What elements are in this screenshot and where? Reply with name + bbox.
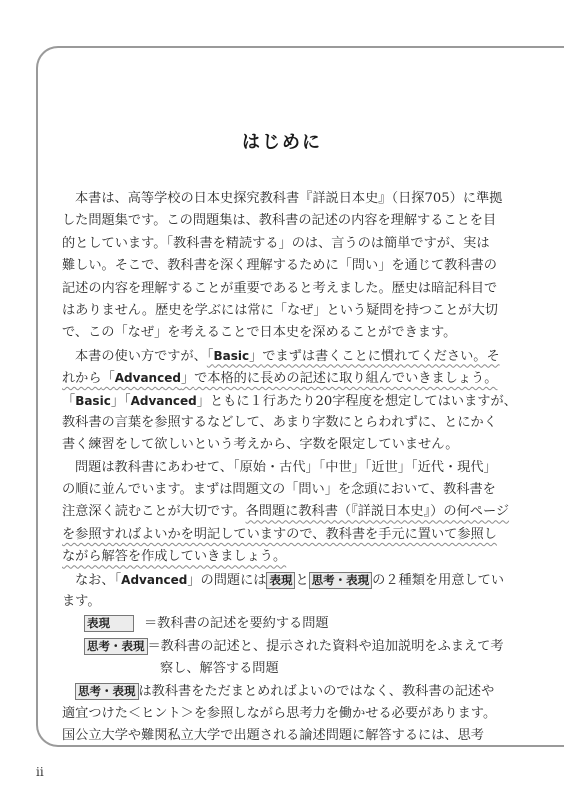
p3-line-4: を参照すればよいかを明記していますので、教科書を手元に置いて参照し: [62, 524, 512, 546]
page-number: ii: [36, 765, 44, 779]
p2-line-4: 教科書の言葉を参照するなどして、あまり字数にとらわれずに、とにかく: [62, 412, 512, 434]
p1-line-5: 記述の内容を理解することが重要であると考えました。歴史は暗記科目で: [62, 278, 512, 300]
p3-l4-emphasis: を参照すればよいかを明記していますので、教科書を手元に置いて参照し: [62, 527, 497, 542]
bracket-close: 」: [181, 371, 194, 386]
p3-l3-emphasis: 各問題に教科書（『詳説日本史』）の何ページ: [246, 504, 509, 519]
advanced-keyword: Advanced: [115, 371, 181, 385]
advanced-keyword: Advanced: [131, 394, 197, 408]
p4-line-2: ます。: [62, 591, 512, 613]
p1-line-2: した問題集です。この問題集は、教科書の記述の内容を理解することを目: [62, 210, 512, 232]
p5-line-3: 国公立大学や難関私立大学で出題される論述問題に解答するには、思考: [62, 725, 512, 747]
p1-line-1: 本書は、高等学校の日本史探究教科書『詳説日本史』（日探705）に準拠: [62, 188, 512, 210]
bracket-close: 」: [187, 573, 200, 588]
definition-shiko-hyogen: 思考・表現＝教科書の記述と、提示された資料や追加説明をふまえて考: [62, 636, 512, 658]
definition-text: ＝教科書の記述を要約する問題: [144, 616, 329, 631]
p5-l1-post: は教科書をただまとめればよいのではなく、教科書の記述や: [139, 684, 495, 699]
p3-line-3: 注意深く読むことが大切です。各問題に教科書（『詳説日本史』）の何ページ: [62, 501, 512, 523]
p3-l3-pre: 注意深く読むことが大切です。: [62, 504, 246, 519]
basic-keyword: Basic: [75, 394, 111, 408]
basic-keyword: Basic: [213, 349, 249, 363]
p2-line-2: れから「Advanced」で本格的に長めの記述に取り組んでいきましょう。: [62, 367, 512, 389]
p5-line-1: 思考・表現は教科書をただまとめればよいのではなく、教科書の記述や: [62, 681, 512, 703]
p2-l3-post: ともに１行あたり20字程度を想定してはいますが、: [210, 394, 517, 409]
p2-l2-post: で本格的に長めの記述に取り組んでいきましょう。: [194, 371, 497, 386]
p1-line-3: 的としています。「教科書を精読する」のは、言うのは簡単ですが、実は: [62, 233, 512, 255]
p2-l1-pre: 本書の使い方ですが、: [75, 349, 207, 364]
p1-line-6: はありません。歴史を学ぶには常に「なぜ」という疑問を持つことが大切: [62, 300, 512, 322]
p2-l2-pre: れから: [62, 371, 102, 386]
advanced-keyword: Advanced: [121, 573, 187, 587]
p4-l1-post: の２種類を用意してい: [372, 573, 504, 588]
bracket-open: 「: [62, 394, 75, 409]
p1-line-7: で、この「なぜ」を考えることで日本史を深めることができます。: [62, 322, 512, 344]
p4-l1-to: と: [295, 573, 308, 588]
p3-line-2: の順に並んでいます。まずは問題文の「問い」を念頭において、教科書を: [62, 479, 512, 501]
bracket-open: 「: [102, 371, 115, 386]
p2-l1-emphasis: 「Basic」でまずは書くことに慣れてください。そ: [207, 349, 500, 364]
bracket-close: 」: [249, 349, 262, 364]
bracket-close: 」: [197, 394, 210, 409]
page-title: はじめに: [0, 128, 564, 154]
definition-text: ＝教科書の記述と、提示された資料や追加説明をふまえて考: [148, 639, 504, 654]
body-text: 本書は、高等学校の日本史探究教科書『詳説日本史』（日探705）に準拠 した問題集…: [62, 188, 512, 748]
p4-l1-pre: なお、: [75, 573, 115, 588]
p2-l1-post: でまずは書くことに慣れてください。そ: [262, 349, 499, 364]
definition-hyogen: 表現＝教科書の記述を要約する問題: [62, 613, 512, 635]
p5-line-2: 適宜つけた＜ヒント＞を参照しながら思考力を働かせる必要があります。: [62, 703, 512, 725]
p2-line-5: 書く練習をして欲しいという考えから、字数を限定していません。: [62, 434, 512, 456]
p4-l1-mid: の問題には: [201, 573, 267, 588]
definition-shiko-hyogen-cont: 察し、解答する問題: [62, 658, 512, 680]
p4-line-1: なお、「Advanced」の問題には表現と思考・表現の２種類を用意してい: [62, 569, 512, 591]
shiko-hyogen-label-box: 思考・表現: [84, 638, 148, 655]
p2-line-3: 「Basic」「Advanced」ともに１行あたり20字程度を想定してはいますが…: [62, 390, 512, 412]
p1-line-4: 難しい。そこで、教科書を深く理解するために「問い」を通じて教科書の: [62, 255, 512, 277]
p2-l2-emphasis: れから「Advanced」で本格的に長めの記述に取り組んでいきましょう。: [62, 371, 497, 386]
hyogen-label-box: 表現: [84, 615, 134, 632]
p2-line-1: 本書の使い方ですが、「Basic」でまずは書くことに慣れてください。そ: [62, 345, 512, 367]
p3-l5-emphasis: ながら解答を作成していきましょう。: [62, 549, 286, 564]
shiko-hyogen-label-box: 思考・表現: [75, 683, 139, 700]
p3-line-1: 問題は教科書にあわせて、「原始・古代」「中世」「近世」「近代・現代」: [62, 457, 512, 479]
bracket-close: 」: [111, 394, 124, 409]
bracket-open: 「: [124, 394, 131, 409]
hyogen-label-box: 表現: [266, 572, 295, 589]
shiko-hyogen-label-box: 思考・表現: [309, 572, 373, 589]
p3-line-5: ながら解答を作成していきましょう。: [62, 546, 512, 568]
